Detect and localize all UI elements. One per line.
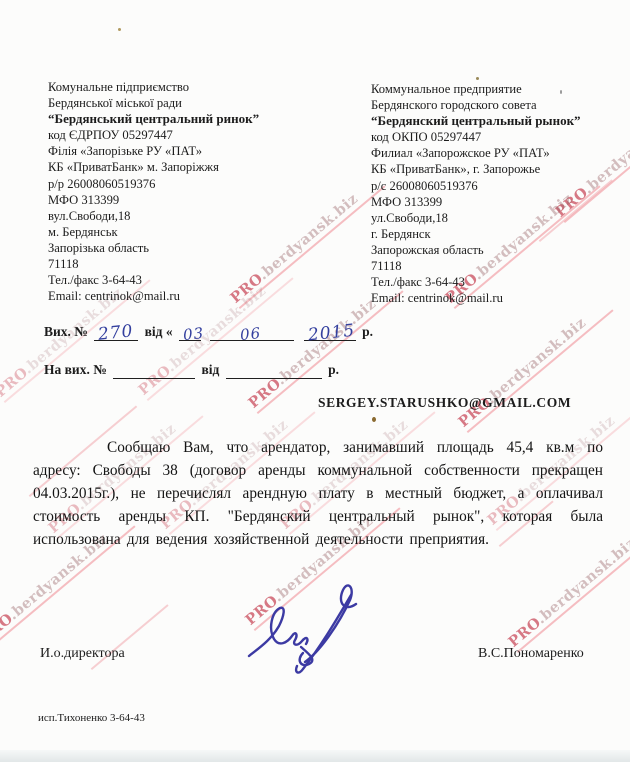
- recipient-email: SERGEY.STARUSHKO@GMAIL.COM: [318, 395, 571, 411]
- header-line: вул.Свободи,18: [48, 208, 259, 224]
- letter-body: Сообщаю Вам, что арендатор, занимавший п…: [33, 436, 603, 551]
- watermark-prefix: PRO: [245, 375, 284, 411]
- watermark-suffix: .berdyansk.biz: [580, 104, 630, 197]
- ref-day-blank: 03: [179, 324, 201, 341]
- header-line: Бердянської міської ради: [48, 95, 259, 111]
- handwritten-day: 03: [182, 324, 205, 344]
- ref-month-blank: 06: [210, 324, 294, 341]
- incoming-number-blank: [113, 362, 195, 379]
- handwritten-ref-number: 270: [97, 321, 134, 345]
- header-line: Коммунальное предприятие: [371, 81, 581, 97]
- header-line: р/р 26008060519376: [48, 176, 259, 192]
- header-line: м. Бердянськ: [48, 224, 259, 240]
- ref-from-label: від: [145, 324, 163, 341]
- scanned-letter-page: PRO.berdyansk.biz PRO.berdyansk.biz PRO.…: [0, 0, 630, 762]
- header-line: г. Бердянск: [371, 226, 581, 242]
- header-line: код ЄДРПОУ 05297447: [48, 127, 259, 143]
- company-name-ua: “Бердянський центральний ринок”: [48, 111, 259, 127]
- header-line: Запорізька область: [48, 240, 259, 256]
- header-line: Запорожская область: [371, 242, 581, 258]
- header-line: Тел./факс 3-64-43: [48, 272, 259, 288]
- outgoing-ref-line: Вих. № 270 від « 03 06 2015 р.: [44, 324, 373, 341]
- handwritten-month: 06: [239, 324, 262, 344]
- incoming-ref-label: На вих. №: [44, 362, 107, 379]
- header-line: Email: centrinok@mail.ru: [48, 288, 259, 304]
- header-line: Тел./факс 3-64-43: [371, 274, 581, 290]
- header-line: Бердянского городского совета: [371, 97, 581, 113]
- letterhead-russian: Коммунальное предприятие Бердянского гор…: [371, 81, 581, 306]
- signer-position: И.о.директора: [40, 646, 125, 662]
- header-line: Email: centrinok@mail.ru: [371, 290, 581, 306]
- header-line: код ОКПО 05297447: [371, 129, 581, 145]
- year-suffix: р.: [362, 324, 373, 341]
- header-line: Филиал «Запорожское РУ «ПАТ»: [371, 145, 581, 161]
- signer-name: В.С.Пономаренко: [478, 646, 584, 662]
- header-line: р/с 26008060519376: [371, 178, 581, 194]
- handwritten-year: 2015: [307, 321, 356, 346]
- incoming-date-blank: [226, 362, 322, 379]
- header-line: МФО 313399: [371, 194, 581, 210]
- header-line: ул.Свободи,18: [371, 210, 581, 226]
- header-line: 71118: [48, 256, 259, 272]
- header-line: 71118: [371, 258, 581, 274]
- scan-speck: [118, 28, 121, 31]
- header-line: Комунальне підприємство: [48, 79, 259, 95]
- header-line: КБ «ПриватБанк» м. Запоріжжя: [48, 159, 259, 175]
- header-line: Філія «Запорізьке РУ «ПАТ»: [48, 143, 259, 159]
- incoming-from-label: від: [202, 362, 220, 379]
- watermark-prefix: PRO: [0, 610, 16, 646]
- incoming-year-suffix: р.: [328, 362, 339, 379]
- watermark: PRO.berdyansk.biz: [455, 295, 614, 433]
- watermark-suffix: .berdyansk.biz: [483, 314, 589, 407]
- watermark-suffix: .berdyansk.biz: [255, 190, 361, 283]
- watermark-prefix: PRO: [0, 364, 31, 400]
- scan-speck: [476, 77, 479, 80]
- executor-note: исп.Тихоненко 3-64-43: [38, 712, 145, 724]
- header-line: КБ «ПриватБанк», г. Запорожье: [371, 161, 581, 177]
- outgoing-ref-label: Вих. №: [44, 324, 88, 341]
- handwritten-signature: [235, 570, 385, 682]
- company-name-ru: “Бердянский центральный рынок”: [371, 113, 581, 129]
- open-quote: «: [166, 324, 173, 341]
- letterhead-ukrainian: Комунальне підприємство Бердянської місь…: [48, 79, 259, 304]
- incoming-ref-line: На вих. № від р.: [44, 362, 339, 379]
- header-line: МФО 313399: [48, 192, 259, 208]
- ref-number-blank: 270: [94, 324, 138, 341]
- ref-year-blank: 2015: [304, 324, 356, 341]
- scan-speck: [372, 417, 376, 422]
